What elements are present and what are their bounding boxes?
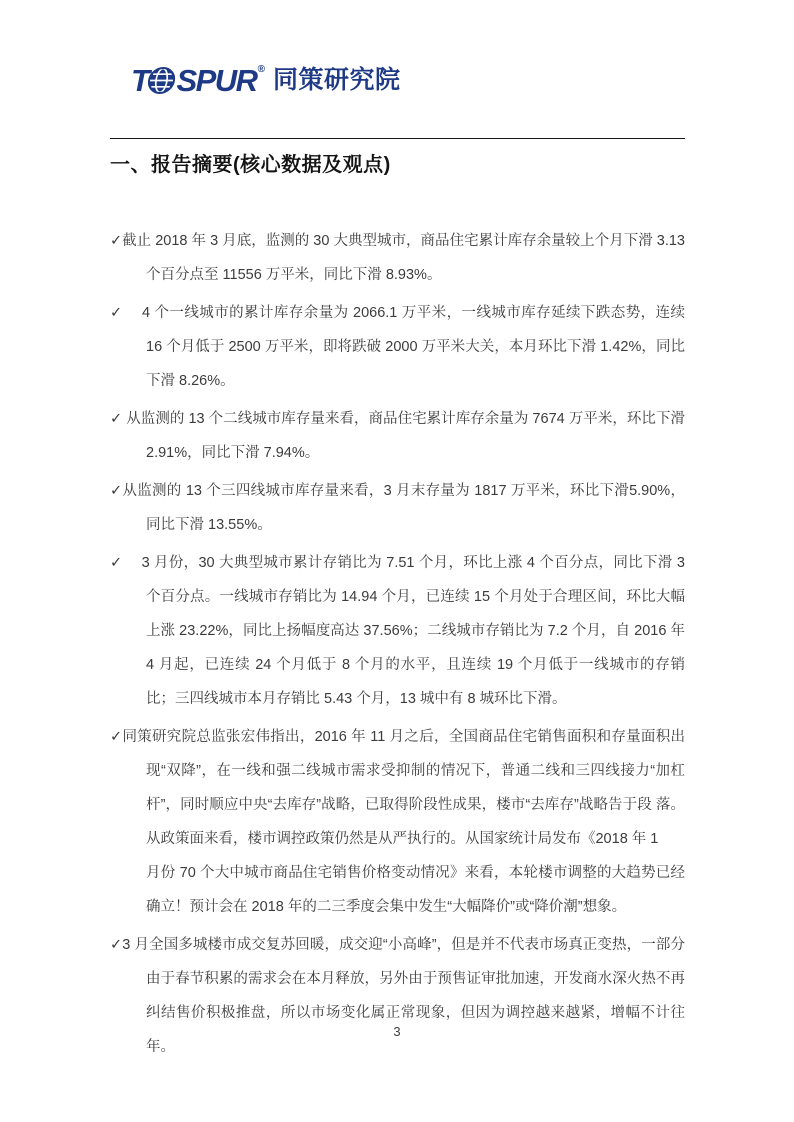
summary-item: ✓ 从监测的 13 个二线城市库存量来看，商品住宅累计库存余量为 7674 万平… bbox=[110, 402, 685, 470]
summary-item: ✓ 3 月份，30 大典型城市累计存销比为 7.51 个月，环比上涨 4 个百分… bbox=[110, 546, 685, 716]
summary-item: ✓ 4 个一线城市的累计库存余量为 2066.1 万平米，一线城市库存延续下跌态… bbox=[110, 296, 685, 398]
checkmark-icon: ✓ bbox=[110, 555, 122, 571]
summary-item-text: 3 月份，30 大典型城市累计存销比为 7.51 个月，环比上涨 4 个百分点，… bbox=[142, 555, 689, 707]
section-title: 一、报告摘要(核心数据及观点) bbox=[110, 148, 391, 177]
checkmark-icon: ✓ bbox=[110, 305, 123, 321]
logo: T SPUR ® 同策研究院 bbox=[131, 60, 400, 100]
checkmark-icon: ✓ bbox=[110, 729, 122, 745]
checkmark-gap bbox=[122, 555, 141, 571]
checkmark-icon: ✓ bbox=[110, 483, 122, 499]
summary-item-text: 从监测的 13 个三四线城市库存量来看，3 月末存量为 1817 万平米，环比下… bbox=[122, 483, 685, 533]
summary-item-text: 4 个一线城市的累计库存余量为 2066.1 万平米，一线城市库存延续下跌态势，… bbox=[142, 305, 689, 389]
header-divider bbox=[110, 138, 685, 139]
checkmark-icon: ✓ bbox=[110, 233, 122, 249]
summary-item: ✓同策研究院总监张宏伟指出，2016 年 11 月之后，全国商品住宅销售面积和存… bbox=[110, 720, 685, 924]
globe-icon bbox=[147, 67, 178, 94]
checkmark-gap bbox=[123, 305, 142, 321]
registered-trademark-icon: ® bbox=[258, 65, 265, 75]
logo-brand-en: T SPUR ® bbox=[131, 65, 264, 96]
report-page: T SPUR ® 同策研究院 一、报告摘要(核心数据及观点) ✓截止 201 bbox=[0, 0, 794, 1122]
checkmark-icon: ✓ bbox=[110, 411, 122, 427]
summary-item: ✓3 月全国多城楼市成交复苏回暖，成交迎“小高峰”，但是并不代表市场真正变热，一… bbox=[110, 928, 685, 1064]
summary-list: ✓截止 2018 年 3 月底，监测的 30 大典型城市，商品住宅累计库存余量较… bbox=[110, 224, 685, 1068]
summary-item-text: 从监测的 13 个二线城市库存量来看，商品住宅累计库存余量为 7674 万平米，… bbox=[126, 411, 689, 461]
summary-item-text: 同策研究院总监张宏伟指出，2016 年 11 月之后，全国商品住宅销售面积和存量… bbox=[122, 729, 689, 915]
checkmark-icon: ✓ bbox=[110, 937, 122, 953]
summary-item: ✓从监测的 13 个三四线城市库存量来看，3 月末存量为 1817 万平米，环比… bbox=[110, 474, 685, 542]
summary-item: ✓截止 2018 年 3 月底，监测的 30 大典型城市，商品住宅累计库存余量较… bbox=[110, 224, 685, 292]
logo-cn-name: 同策研究院 bbox=[273, 68, 401, 93]
page-number: 3 bbox=[0, 1024, 794, 1039]
logo-letters-spur: SPUR bbox=[176, 65, 256, 96]
summary-item-text: 截止 2018 年 3 月底，监测的 30 大典型城市，商品住宅累计库存余量较上… bbox=[122, 233, 689, 283]
